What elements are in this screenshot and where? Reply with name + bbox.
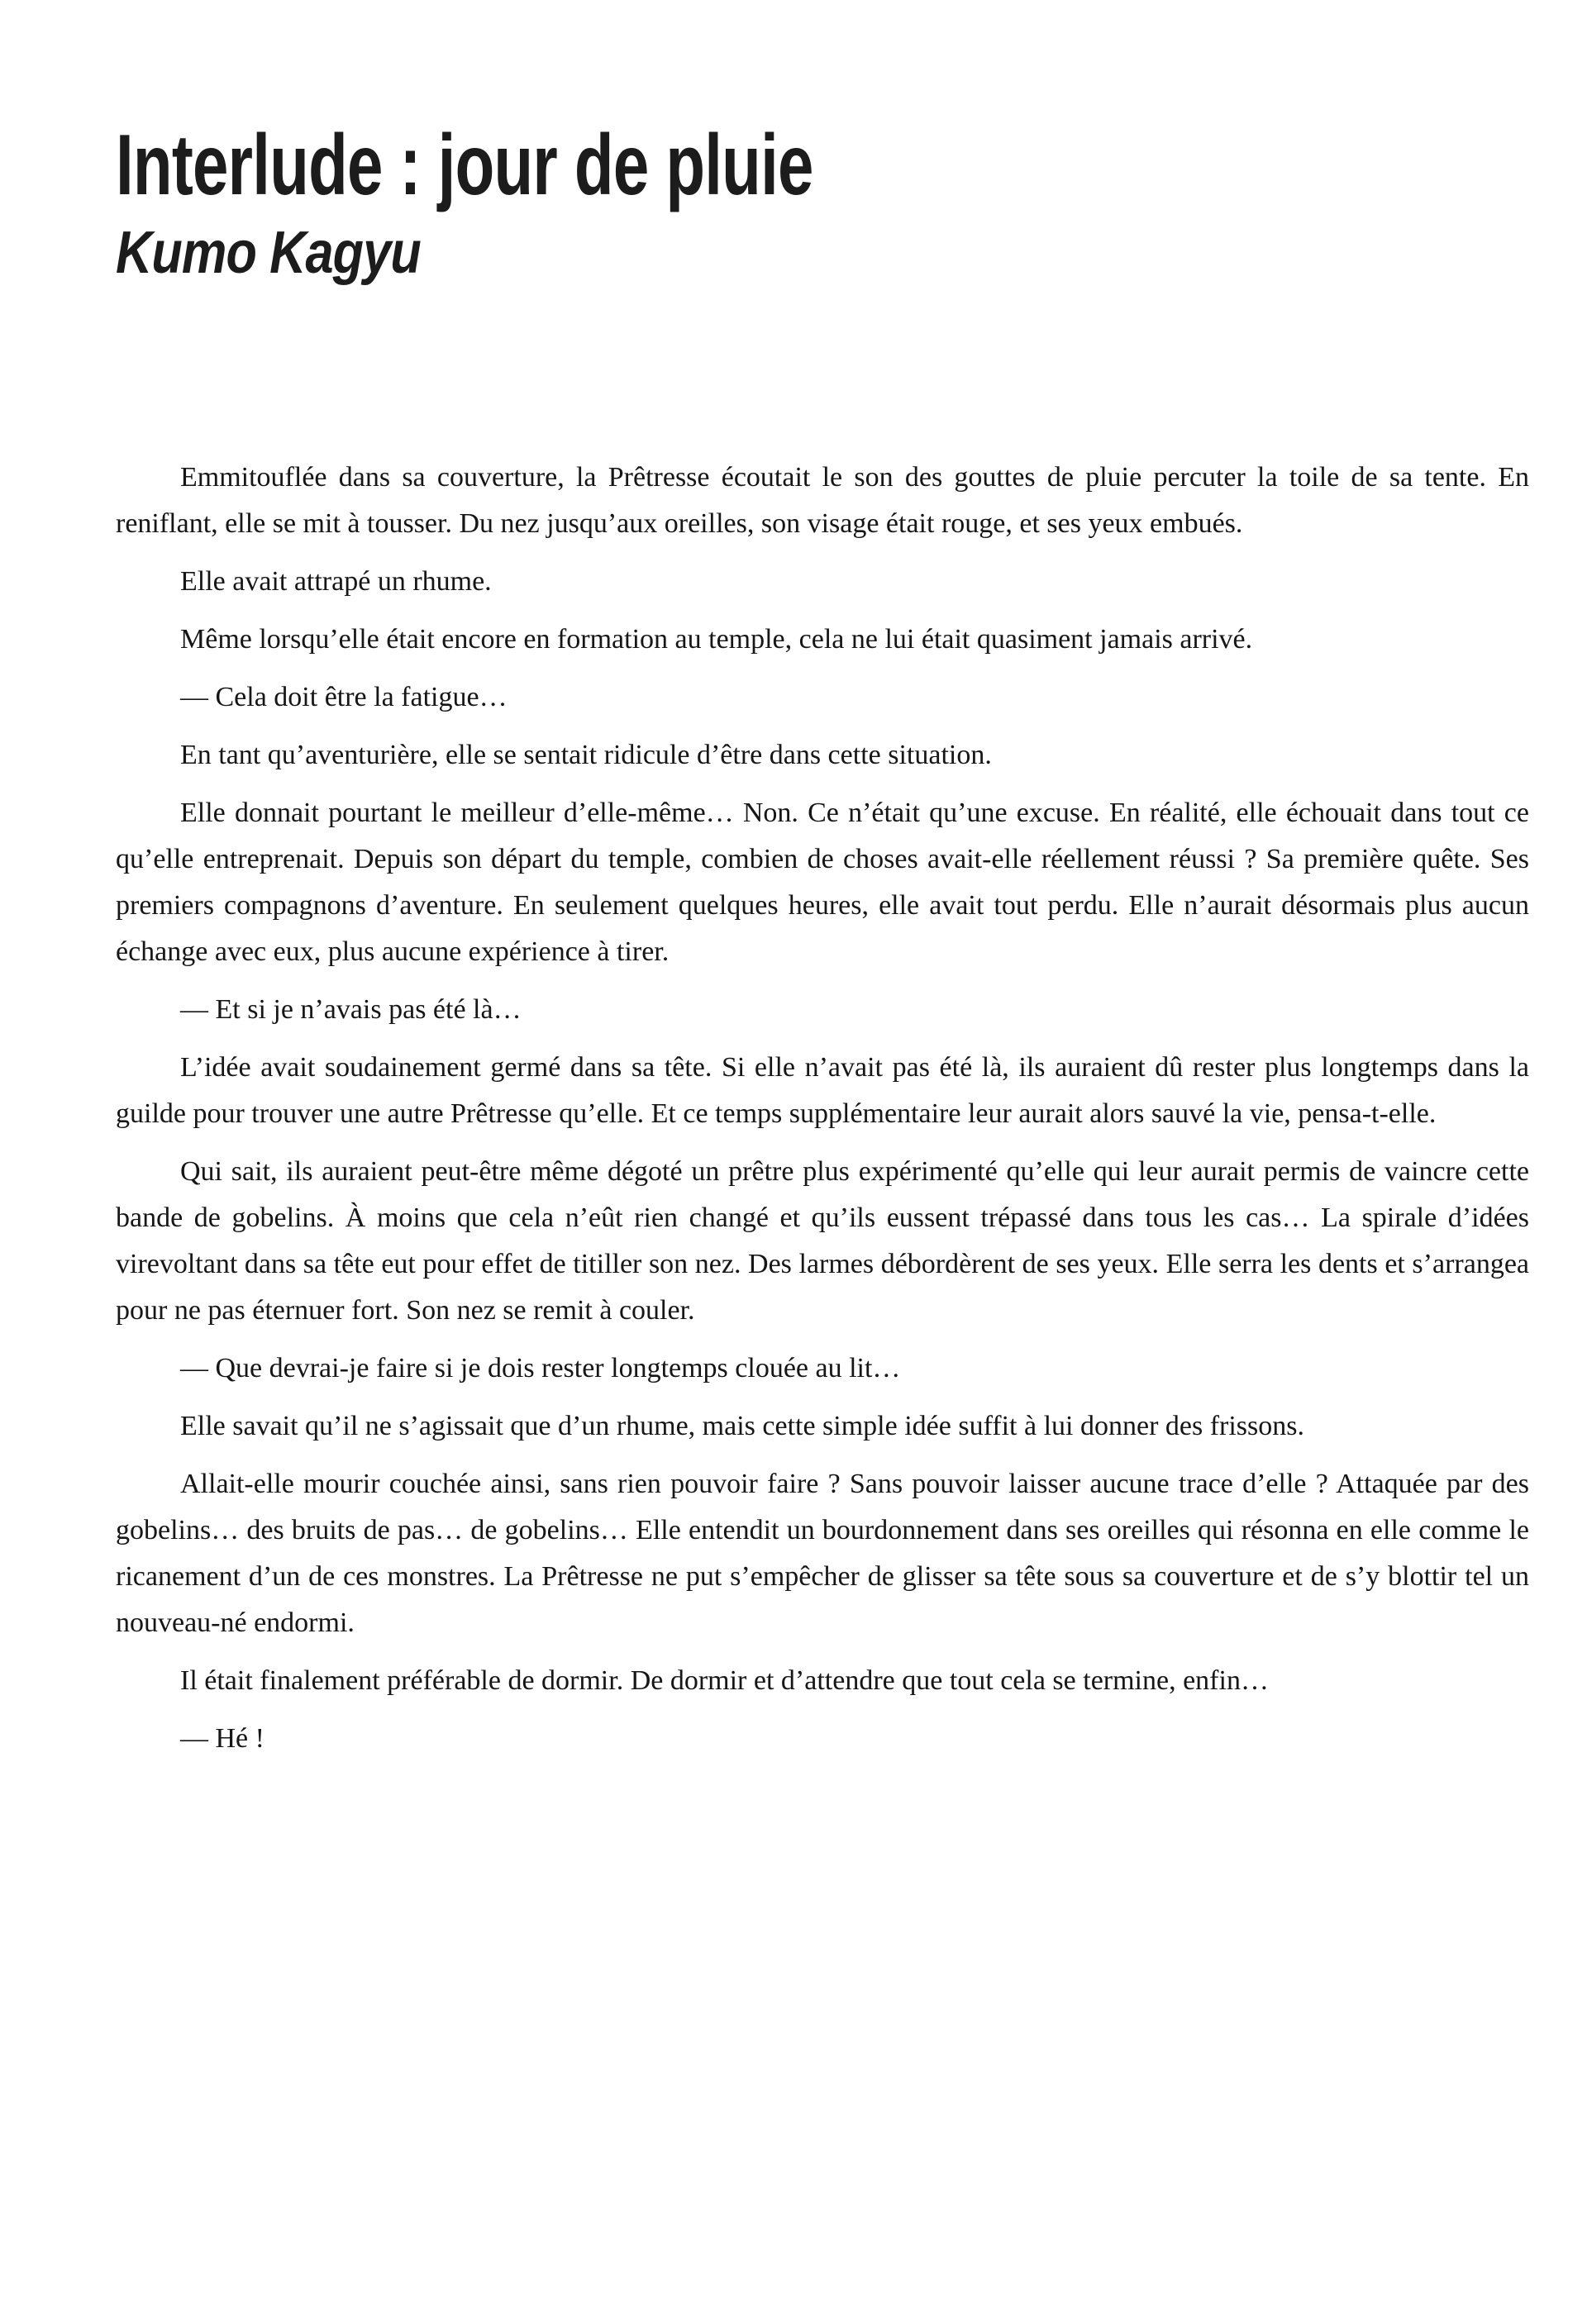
paragraph-dialogue: — Et si je n’avais pas été là… xyxy=(116,987,1529,1033)
chapter-body: Emmitouflée dans sa couverture, la Prêtr… xyxy=(116,455,1529,1762)
paragraph: Elle avait attrapé un rhume. xyxy=(116,559,1529,605)
paragraph: Allait-elle mourir couchée ainsi, sans r… xyxy=(116,1461,1529,1646)
book-page: Interlude : jour de pluie Kumo Kagyu Emm… xyxy=(0,0,1587,2324)
paragraph: Emmitouflée dans sa couverture, la Prêtr… xyxy=(116,455,1529,547)
paragraph: Il était finalement préférable de dormir… xyxy=(116,1658,1529,1704)
paragraph: Même lorsqu’elle était encore en formati… xyxy=(116,617,1529,663)
paragraph-dialogue: — Que devrai-je faire si je dois rester … xyxy=(116,1345,1529,1392)
chapter-title: Interlude : jour de pluie xyxy=(116,122,1176,208)
paragraph-dialogue: — Cela doit être la fatigue… xyxy=(116,674,1529,721)
paragraph: L’idée avait soudainement germé dans sa … xyxy=(116,1045,1529,1137)
paragraph: Qui sait, ils auraient peut-être même dé… xyxy=(116,1149,1529,1334)
paragraph: Elle savait qu’il ne s’agissait que d’un… xyxy=(116,1403,1529,1450)
paragraph-dialogue: — Hé ! xyxy=(116,1716,1529,1762)
author-name: Kumo Kagyu xyxy=(116,223,1318,283)
chapter-header: Interlude : jour de pluie Kumo Kagyu xyxy=(116,122,1529,283)
paragraph: Elle donnait pourtant le meilleur d’elle… xyxy=(116,790,1529,975)
paragraph: En tant qu’aventurière, elle se sentait … xyxy=(116,732,1529,779)
